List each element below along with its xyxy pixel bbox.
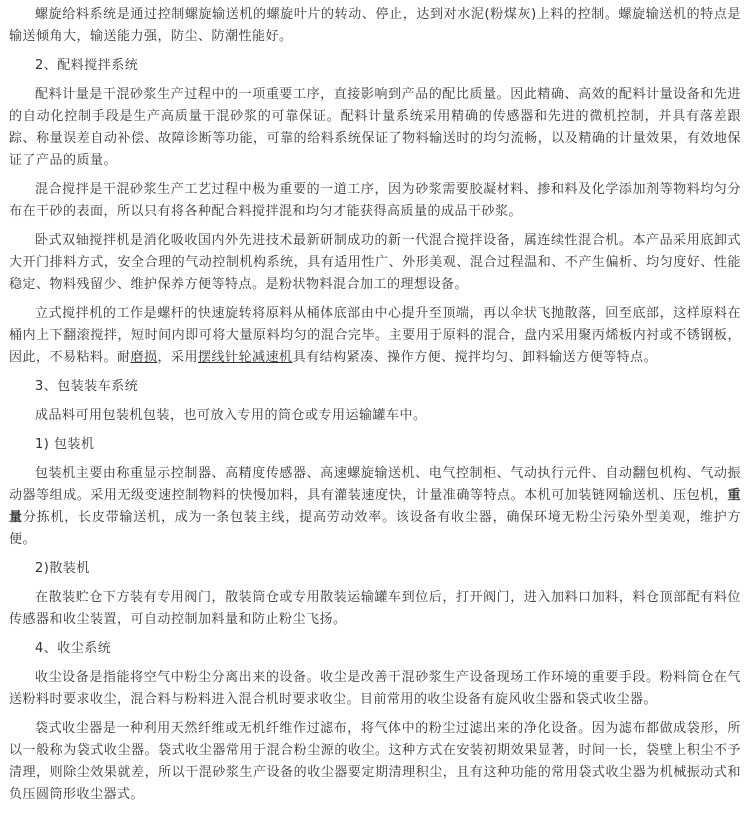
para-finished-product-options: 成品料可用包装机包装，也可放入专用的筒仓或专用运输罐车中。	[9, 405, 741, 427]
para-packing-machine-detail: 包装机主要由称重显示控制器、高精度传感器、高速螺旋输送机、电气控制柜、气动执行元…	[9, 463, 741, 551]
document-page: 螺旋给料系统是通过控制螺旋输送机的螺旋叶片的转动、停止，达到对水泥(粉煤灰)上料…	[0, 0, 750, 821]
text-run: 具有结构紧凑、操作方便、搅拌均匀、卸料输送方便等特点。	[293, 350, 658, 365]
text-run: ，采用	[158, 350, 199, 365]
para-bag-dust-collector: 袋式收尘器是一种利用天然纤维或无机纤维作过滤布，将气体中的粉尘过滤出来的净化设备…	[9, 718, 741, 806]
para-screw-feeding-system: 螺旋给料系统是通过控制螺旋输送机的螺旋叶片的转动、停止，达到对水泥(粉煤灰)上料…	[9, 4, 741, 48]
para-dust-collection-overview: 收尘设备是指能将空气中粉尘分离出来的设备。收尘是改善干混砂浆生产设备现场工作环境…	[9, 667, 741, 711]
para-bulk-machine-detail: 在散装贮仓下方装有专用阀门，散装筒仓或专用散装运输罐车到位后，打开阀门，进入加料…	[9, 587, 741, 631]
heading-dust-collection-system: 4、收尘系统	[9, 638, 741, 660]
para-vertical-mixer: 立式搅拌机的工作是螺杆的快速旋转将原料从桶体底部由中心提升至顶端，再以伞状飞抛散…	[9, 303, 741, 369]
para-batching-metering: 配料计量是干混砂浆生产过程中的一项重要工序，直接影响到产品的配比质量。因此精确、…	[9, 84, 741, 172]
heading-text: 2、配料搅拌系统	[35, 58, 138, 73]
para-mixing-process: 混合搅拌是干混砂浆生产工艺过程中极为重要的一道工序，因为砂浆需要胶凝材料、掺和料…	[9, 179, 741, 223]
text-run: 袋式收尘器是一种利用天然纤维或无机纤维作过滤布，将气体中的粉尘过滤出来的净化设备…	[9, 721, 741, 802]
heading-text: 2)散装机	[35, 561, 90, 576]
heading-text: 3、包装装车系统	[35, 379, 138, 394]
text-run: 成品料可用包装机包装，也可放入专用的筒仓或专用运输罐车中。	[35, 408, 427, 423]
text-run: 混合搅拌是干混砂浆生产工艺过程中极为重要的一道工序，因为砂浆需要胶凝材料、掺和料…	[9, 182, 741, 219]
text-run: 分拣机，长皮带输送机，成为一条包装主线，提高劳动效率。该设备有收尘器，确保环境无…	[9, 510, 741, 547]
link-wear-resistance[interactable]: 磨损	[131, 350, 158, 365]
text-run: 卧式双轴搅拌机是消化吸收国内外先进技术最新研制成功的新一代混合搅拌设备，属连续性…	[9, 233, 741, 292]
link-cycloid-pin-gear-reducer[interactable]: 摆线针轮减速机	[198, 350, 293, 365]
heading-text: 4、收尘系统	[35, 641, 111, 656]
text-run: 在散装贮仓下方装有专用阀门，散装筒仓或专用散装运输罐车到位后，打开阀门，进入加料…	[9, 590, 741, 627]
heading-text: 1) 包装机	[35, 437, 94, 452]
text-run: 配料计量是干混砂浆生产过程中的一项重要工序，直接影响到产品的配比质量。因此精确、…	[9, 87, 741, 168]
para-horizontal-twin-shaft-mixer: 卧式双轴搅拌机是消化吸收国内外先进技术最新研制成功的新一代混合搅拌设备，属连续性…	[9, 230, 741, 296]
text-run: 收尘设备是指能将空气中粉尘分离出来的设备。收尘是改善干混砂浆生产设备现场工作环境…	[9, 670, 741, 707]
text-run: 螺旋给料系统是通过控制螺旋输送机的螺旋叶片的转动、停止，达到对水泥(粉煤灰)上料…	[9, 7, 741, 44]
heading-packing-machine: 1) 包装机	[9, 434, 741, 456]
heading-packing-loading-system: 3、包装装车系统	[9, 376, 741, 398]
heading-bulk-machine: 2)散装机	[9, 558, 741, 580]
heading-batching-mixing-system: 2、配料搅拌系统	[9, 55, 741, 77]
text-run: 包装机主要由称重显示控制器、高精度传感器、高速螺旋输送机、电气控制柜、气动执行元…	[9, 466, 741, 503]
